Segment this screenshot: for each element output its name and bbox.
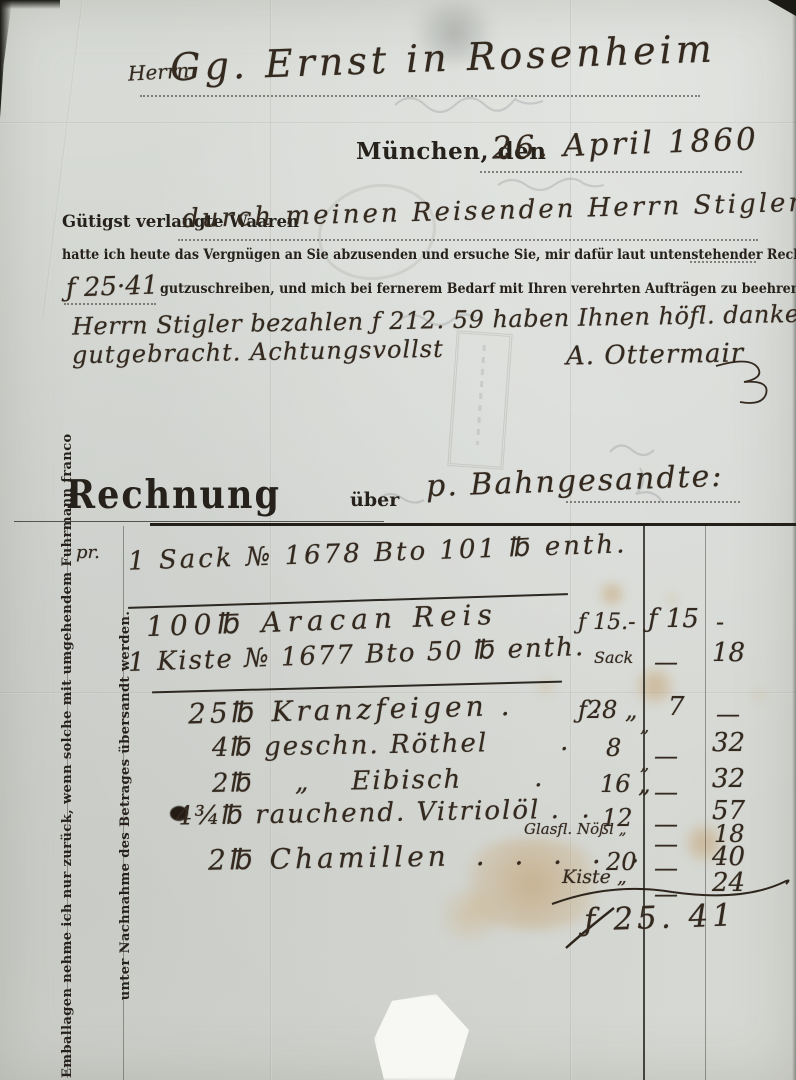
recipient-dotted-line (140, 94, 700, 97)
table-top-rule-thick (150, 523, 796, 526)
row10-kr: 24 (712, 868, 745, 898)
row4-price: ƒ28 „ (578, 696, 637, 724)
fold-crease-vertical-left (270, 0, 272, 1080)
row3-fl: — (654, 648, 678, 676)
date-dotted-line (480, 170, 742, 173)
body-line3-dotted (64, 302, 156, 305)
invoice-heading-dotted (566, 500, 740, 503)
row9-fl: — (654, 854, 678, 882)
invoice-ueber: über (350, 489, 399, 511)
row10-price: Kiste „ (562, 866, 627, 888)
table-vline-amount (643, 526, 645, 1080)
sidebar-note-line1: Emballagen nehme ich nur zurück, wenn so… (58, 533, 78, 1078)
row5-fl: — (654, 742, 678, 770)
stain-large-halo (430, 890, 510, 940)
stamp-illegible-text (475, 345, 485, 445)
edge-dark-top (0, 0, 60, 9)
body-line3-printed: gutzuschreiben, und mich bei fernerem Be… (160, 281, 796, 297)
row2-fl: ƒ 15 (648, 604, 699, 634)
row8-price: Glasfl. Nößl „ (524, 820, 626, 838)
row3-price: Sack (594, 648, 633, 667)
body-line2-printed: hatte ich heute das Vergnügen an Sie abz… (62, 247, 796, 263)
row6-desc: 2℔ „ Eibisch . (212, 763, 545, 799)
row4-kr: — (716, 700, 740, 728)
row4-fl: 7 (668, 692, 685, 722)
row3-kr: 18 (712, 638, 745, 668)
stain-small-5 (752, 688, 768, 702)
sidebar-note: Emballagen nehme ich nur zurück, wenn so… (20, 533, 155, 1078)
row5-desc: 4℔ geschn. Röthel . (212, 727, 571, 763)
row2-price: ƒ 15.- (578, 610, 636, 635)
body-line1-dotted (178, 238, 758, 241)
row5-kr: 32 (712, 728, 745, 758)
row-margin-mark: pr. (76, 542, 100, 563)
row6-kr: 32 (712, 764, 745, 794)
body-line2-dotted (690, 260, 756, 263)
scanned-invoice-page: { "header": { "recipient_prefix": "Herrn… (0, 0, 796, 1080)
invoice-title: Rechnung (66, 472, 281, 518)
edge-dark-right (792, 0, 796, 1080)
row5-price: 8 (606, 734, 621, 762)
table-vline-kreuzer (705, 526, 706, 1080)
total-amount: ƒ 25. 41 (583, 897, 736, 938)
price-ditto-1: „ (640, 716, 649, 737)
row2-kr: - (716, 608, 724, 636)
faint-rectangular-stamp (447, 330, 512, 470)
row6-fl: — (654, 778, 678, 806)
body-line3-handwritten-amount: ƒ 25·41 (66, 270, 159, 303)
price-ditto-2: „ (640, 754, 649, 775)
signature: A. Ottermair (566, 338, 745, 371)
stain-small-1 (598, 582, 626, 606)
sidebar-note-line2: unter Nachnahme des Betrages übersandt w… (116, 533, 136, 1078)
